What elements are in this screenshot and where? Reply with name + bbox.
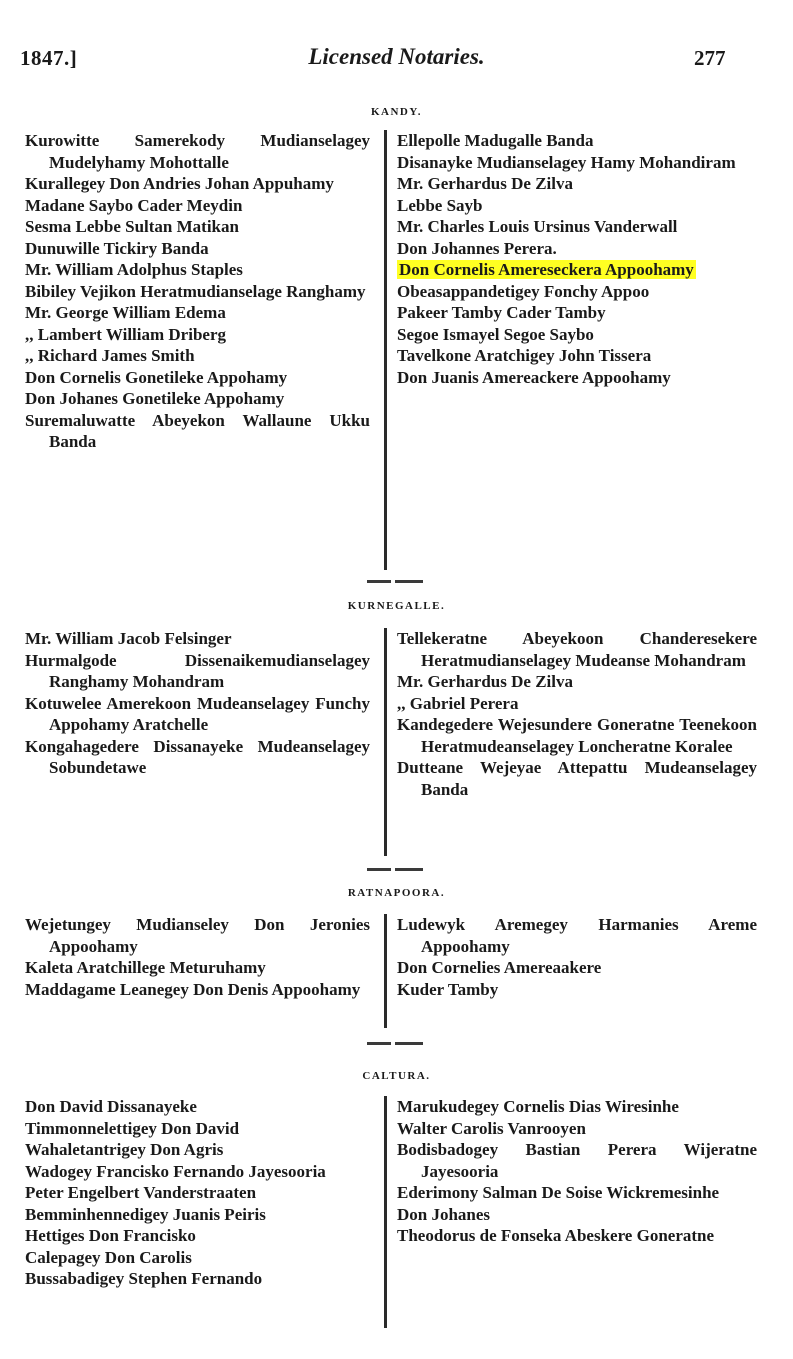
list-item: Timmonnelettigey Don David	[25, 1118, 370, 1140]
list-item: Sesma Lebbe Sultan Matikan	[25, 216, 370, 238]
list-item: Kandegedere Wejesundere Goneratne Teenek…	[397, 714, 757, 757]
list-item: Mr. George William Edema	[25, 302, 370, 324]
list-item: Don Johanes Gonetileke Appohamy	[25, 388, 370, 410]
list-item: Ederimony Salman De Soise Wickremesinhe	[397, 1182, 757, 1204]
list-item: Segoe Ismayel Segoe Saybo	[397, 324, 757, 346]
list-item: Don David Dissanayeke	[25, 1096, 370, 1118]
list-item: Tellekeratne Abeyekoon Chanderesekere He…	[397, 628, 757, 671]
list-item: Hettiges Don Francisko	[25, 1225, 370, 1247]
section-divider-rule	[367, 868, 423, 871]
section-title-ratnapoora: RATNAPOORA.	[0, 887, 793, 899]
page-number: 277	[694, 46, 726, 71]
ratnapoora-left-column: Wejetungey Mudianseley Don Jeronies Appo…	[25, 914, 370, 1000]
caltura-right-column: Marukudegey Cornelis Dias Wiresinhe Walt…	[397, 1096, 757, 1247]
list-item: Mr. Gerhardus De Zilva	[397, 173, 757, 195]
list-item: Kurallegey Don Andries Johan Appuhamy	[25, 173, 370, 195]
list-item: Pakeer Tamby Cader Tamby	[397, 302, 757, 324]
list-item: Wejetungey Mudianseley Don Jeronies Appo…	[25, 914, 370, 957]
list-item: Bibiley Vejikon Heratmudianselage Rangha…	[25, 281, 370, 303]
kurnegalle-right-column: Tellekeratne Abeyekoon Chanderesekere He…	[397, 628, 757, 800]
list-item: Kaleta Aratchillege Meturuhamy	[25, 957, 370, 979]
list-item: Suremaluwatte Abeyekon Wallaune Ukku Ban…	[25, 410, 370, 453]
list-item: Bemminhennedigey Juanis Peiris	[25, 1204, 370, 1226]
list-item: Peter Engelbert Vanderstraaten	[25, 1182, 370, 1204]
list-item: Mr. William Adolphus Staples	[25, 259, 370, 281]
highlighted-list-item: Don Cornelis Amereseckera Appoohamy	[397, 259, 757, 281]
list-item: Wahaletantrigey Don Agris	[25, 1139, 370, 1161]
list-item: Marukudegey Cornelis Dias Wiresinhe	[397, 1096, 757, 1118]
list-item: Don Johannes Perera.	[397, 238, 757, 260]
list-item: ,, Richard James Smith	[25, 345, 370, 367]
list-item: Theodorus de Fonseka Abeskere Goneratne	[397, 1225, 757, 1247]
ratnapoora-right-column: Ludewyk Aremegey Harmanies Areme Appooha…	[397, 914, 757, 1000]
column-divider	[384, 130, 387, 570]
section-title-kurnegalle: KURNEGALLE.	[0, 600, 793, 612]
list-item: Bodisbadogey Bastian Perera Wijeratne Ja…	[397, 1139, 757, 1182]
running-head: 1847.] Licensed Notaries. 277	[0, 44, 793, 74]
yellow-highlight: Don Cornelis Amereseckera Appoohamy	[397, 260, 696, 279]
page-title: Licensed Notaries.	[0, 44, 793, 70]
list-item: Ludewyk Aremegey Harmanies Areme Appooha…	[397, 914, 757, 957]
book-page: 1847.] Licensed Notaries. 277 KANDY. Kur…	[0, 0, 793, 1359]
list-item: ,, Gabriel Perera	[397, 693, 757, 715]
kurnegalle-left-column: Mr. William Jacob Felsinger Hurmalgode D…	[25, 628, 370, 779]
list-item: Mr. William Jacob Felsinger	[25, 628, 370, 650]
section-title-caltura: CALTURA.	[0, 1070, 793, 1082]
list-item: Bussabadigey Stephen Fernando	[25, 1268, 370, 1290]
list-item: Don Cornelies Amereaakere	[397, 957, 757, 979]
kandy-left-column: Kurowitte Samerekody Mudianselagey Mudel…	[25, 130, 370, 453]
list-item: Dutteane Wejeyae Attepattu Mudeanselagey…	[397, 757, 757, 800]
section-title-kandy: KANDY.	[0, 106, 793, 118]
list-item: Madane Saybo Cader Meydin	[25, 195, 370, 217]
list-item: Ellepolle Madugalle Banda	[397, 130, 757, 152]
list-item: Kongahagedere Dissanayeke Mudeanselagey …	[25, 736, 370, 779]
list-item: Don Juanis Amereackere Appoohamy	[397, 367, 757, 389]
list-item: Kurowitte Samerekody Mudianselagey Mudel…	[25, 130, 370, 173]
column-divider	[384, 1096, 387, 1328]
list-item: Mr. Gerhardus De Zilva	[397, 671, 757, 693]
list-item: Wadogey Francisko Fernando Jayesooria	[25, 1161, 370, 1183]
list-item: Mr. Charles Louis Ursinus Vanderwall	[397, 216, 757, 238]
list-item: Lebbe Sayb	[397, 195, 757, 217]
caltura-left-column: Don David Dissanayeke Timmonnelettigey D…	[25, 1096, 370, 1290]
list-item: Dunuwille Tickiry Banda	[25, 238, 370, 260]
kandy-right-column: Ellepolle Madugalle Banda Disanayke Mudi…	[397, 130, 757, 388]
list-item: Disanayke Mudianselagey Hamy Mohandiram	[397, 152, 757, 174]
list-item: Hurmalgode Dissenaikemudianselagey Rangh…	[25, 650, 370, 693]
list-item: Calepagey Don Carolis	[25, 1247, 370, 1269]
column-divider	[384, 628, 387, 856]
section-divider-rule	[367, 1042, 423, 1045]
list-item: Obeasappandetigey Fonchy Appoo	[397, 281, 757, 303]
list-item: Kotuwelee Amerekoon Mudeanselagey Funchy…	[25, 693, 370, 736]
list-item: Walter Carolis Vanrooyen	[397, 1118, 757, 1140]
list-item: Don Johanes	[397, 1204, 757, 1226]
section-divider-rule	[367, 580, 423, 583]
list-item: Tavelkone Aratchigey John Tissera	[397, 345, 757, 367]
list-item: Don Cornelis Gonetileke Appohamy	[25, 367, 370, 389]
list-item: ,, Lambert William Driberg	[25, 324, 370, 346]
list-item: Kuder Tamby	[397, 979, 757, 1001]
column-divider	[384, 914, 387, 1028]
list-item: Maddagame Leanegey Don Denis Appoohamy	[25, 979, 370, 1001]
